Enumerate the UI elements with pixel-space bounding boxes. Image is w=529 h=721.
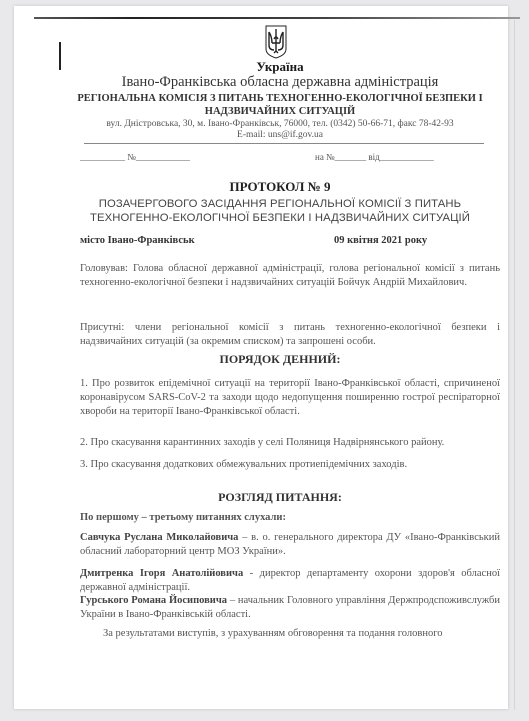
agenda-item: 1. Про розвиток епідемічної ситуації на … bbox=[80, 377, 500, 419]
speaker-name: Гурського Романа Йосиповича bbox=[80, 595, 227, 606]
top-border-line bbox=[34, 17, 520, 19]
commission-line-2: НАДЗВИЧАЙНИХ СИТУАЦІЙ bbox=[40, 105, 520, 118]
speaker-entry: Савчука Руслана Миколайовича – в. о. ген… bbox=[80, 531, 500, 559]
speaker-name: Савчука Руслана Миколайовича bbox=[80, 532, 238, 543]
meeting-date: 09 квітня 2021 року bbox=[334, 235, 427, 246]
speaker-entry: Дмитренка Ігоря Анатолійовича - директор… bbox=[80, 567, 500, 595]
commission-name: РЕГІОНАЛЬНА КОМІСІЯ З ПИТАНЬ ТЕХНОГЕННО-… bbox=[40, 92, 520, 118]
attendees-paragraph: Присутні: члени регіональної комісії з п… bbox=[80, 321, 500, 349]
address: вул. Дністровська, 30, м. Івано-Франківс… bbox=[40, 119, 520, 129]
protocol-title: ПРОТОКОЛ № 9 bbox=[40, 179, 520, 195]
subtitle-line-1: ПОЗАЧЕРГОВОГО ЗАСІДАННЯ РЕГІОНАЛЬНОЇ КОМ… bbox=[40, 197, 520, 211]
outgoing-reference: __________ №____________ bbox=[80, 152, 190, 162]
header-divider bbox=[84, 143, 484, 144]
protocol-subtitle: ПОЗАЧЕРГОВОГО ЗАСІДАННЯ РЕГІОНАЛЬНОЇ КОМ… bbox=[40, 197, 520, 225]
incoming-reference: на №_______ від____________ bbox=[315, 152, 434, 162]
agenda-item: 3. Про скасування додаткових обмежувальн… bbox=[80, 458, 500, 472]
chairperson-paragraph: Головував: Голова обласної державної адм… bbox=[80, 262, 500, 290]
email-link[interactable]: E-mail: uns@if.gov.ua bbox=[40, 130, 520, 140]
commission-line-1: РЕГІОНАЛЬНА КОМІСІЯ З ПИТАНЬ ТЕХНОГЕННО-… bbox=[40, 92, 520, 105]
closing-paragraph: За результатами виступів, з урахуванням … bbox=[103, 628, 500, 639]
meeting-place: місто Івано-Франківськ bbox=[80, 235, 195, 246]
speaker-entry: Гурського Романа Йосиповича – начальник … bbox=[80, 594, 500, 622]
heard-heading: По першому – третьому питаннях слухали: bbox=[80, 512, 286, 523]
administration-name: Івано-Франківська обласна державна адмін… bbox=[40, 74, 520, 91]
subtitle-line-2: ТЕХНОГЕННО-ЕКОЛОГІЧНОЇ БЕЗПЕКИ І НАДЗВИЧ… bbox=[40, 211, 520, 225]
speaker-name: Дмитренка Ігоря Анатолійовича bbox=[80, 568, 243, 579]
agenda-item: 2. Про скасування карантинних заходів у … bbox=[80, 436, 500, 450]
review-heading: РОЗГЛЯД ПИТАННЯ: bbox=[40, 490, 520, 505]
country-name: Україна bbox=[40, 59, 520, 75]
tryzub-coat-of-arms-icon bbox=[265, 25, 287, 59]
agenda-heading: ПОРЯДОК ДЕННИЙ: bbox=[40, 352, 520, 367]
